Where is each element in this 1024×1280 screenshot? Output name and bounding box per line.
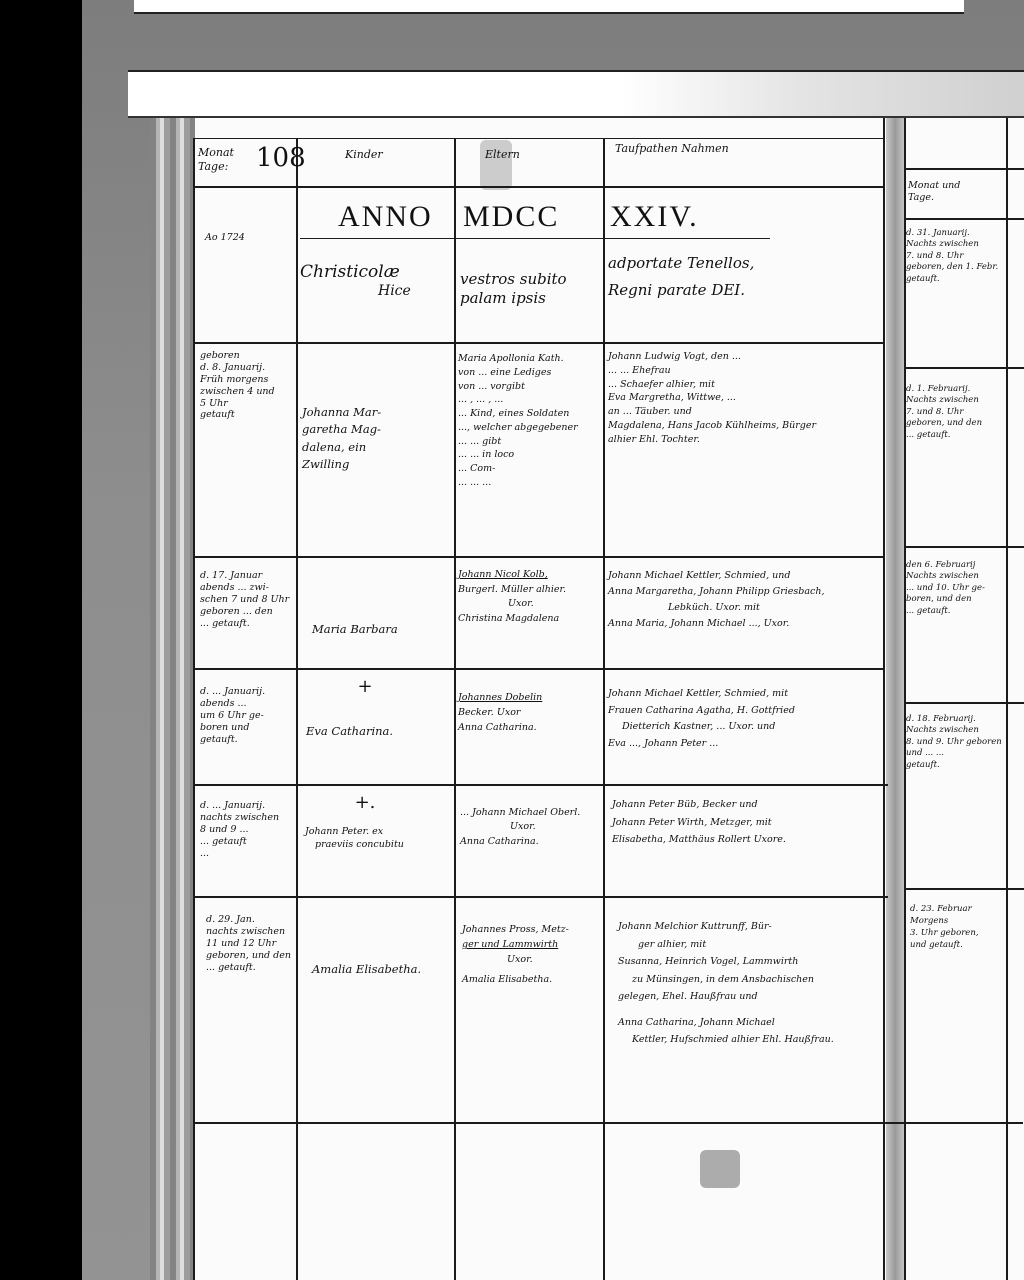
entry-1-child: Johanna Mar- garetha Mag- dalena, ein Zw…: [302, 404, 381, 473]
entry-1-date: geboren d. 8. Januarij. Früh morgens zwi…: [200, 350, 275, 421]
header-parents: Eltern: [485, 148, 520, 162]
facing-rule: [904, 367, 1024, 369]
entry-2-parents: Johann Nicol Kolb, Burgerl. Müller alhie…: [458, 568, 566, 627]
entry-1-godparents: Johann Ludwig Vogt, den ... ... ... Ehef…: [608, 350, 816, 446]
facing-header: Monat und Tage.: [908, 180, 960, 204]
page-number: 108: [256, 142, 306, 175]
header-godparents: Taufpathen Nahmen: [615, 142, 729, 156]
entry-4-child: Johann Peter. ex praeviis concubitu: [305, 826, 404, 852]
entry-5-child: Amalia Elisabetha.: [312, 962, 421, 976]
entry-4-parents: ... Johann Michael Oberl. Uxor. Anna Cat…: [460, 806, 580, 849]
col-rule: [603, 138, 605, 1280]
facing-entry-3: den 6. Februarij Nachts zwischen ... und…: [906, 560, 985, 617]
header-date: Monat Tage:: [198, 146, 258, 174]
facing-entry-1: d. 31. Januarij. Nachts zwischen 7. und …: [906, 228, 998, 285]
previous-page-strip: [134, 0, 964, 14]
entry-2-date: d. 17. Januar abends ... zwi- schen 7 un…: [200, 570, 289, 629]
col-rule: [883, 118, 885, 1280]
facing-rule: [904, 546, 1024, 548]
entry-3-child: Eva Catharina.: [306, 724, 393, 738]
entry-3-godparents: Johann Michael Kettler, Schmied, mit Fra…: [608, 686, 795, 753]
death-cross-icon: +.: [350, 792, 380, 815]
row-rule: [193, 1122, 1023, 1124]
facing-rule: [904, 702, 1024, 704]
anno-underline: [300, 238, 770, 239]
motto-parents: vestros subito palam ipsis: [460, 270, 567, 308]
year-note: Ao 1724: [205, 232, 245, 244]
motto-child: Christicolæ Hice: [300, 262, 411, 301]
facing-entry-5: d. 23. Februar Morgens 3. Uhr geboren, u…: [910, 904, 979, 952]
facing-rule: [904, 168, 1024, 170]
col-rule: [904, 118, 906, 1280]
facing-entry-2: d. 1. Februarij. Nachts zwischen 7. und …: [906, 384, 982, 441]
facing-entry-4: d. 18. Februarij. Nachts zwischen 8. und…: [906, 714, 1002, 771]
death-cross-icon: +: [350, 676, 380, 699]
entry-3-date: d. ... Januarij. abends ... um 6 Uhr ge-…: [200, 686, 265, 745]
entry-2-child: Maria Barbara: [312, 622, 398, 636]
book-gutter: [886, 118, 904, 1280]
col-rule: [193, 138, 195, 1280]
facing-rule: [904, 218, 1024, 220]
worn-page-edge: [150, 118, 195, 1280]
entry-5-parents: Johannes Pross, Metz- ger und Lammwirth …: [462, 922, 569, 987]
year-numeral-2: XXIV.: [610, 198, 699, 236]
entry-2-godparents: Johann Michael Kettler, Schmied, und Ann…: [608, 568, 825, 633]
facing-rule: [904, 888, 1024, 890]
col-rule: [454, 138, 456, 1280]
scan-border: [0, 0, 82, 1280]
entry-3-parents: Johannes Dobelin Becker. Uxor Anna Catha…: [458, 690, 542, 736]
entry-4-date: d. ... Januarij. nachts zwischen 8 und 9…: [200, 800, 279, 859]
motto-godparents: adportate Tenellos, Regni parate DEI.: [608, 254, 754, 300]
col-rule: [1006, 118, 1008, 1280]
entry-1-parents: Maria Apollonia Kath. von ... eine Ledig…: [458, 352, 578, 490]
year-numeral-1: MDCC: [463, 198, 559, 236]
entry-5-date: d. 29. Jan. nachts zwischen 11 und 12 Uh…: [206, 914, 291, 973]
anno-heading: ANNO: [338, 198, 433, 236]
entry-4-godparents: Johann Peter Büb, Becker und Johann Pete…: [612, 796, 786, 849]
film-label-strip: [128, 70, 1024, 118]
col-rule: [296, 138, 298, 1280]
ink-stain: [700, 1150, 740, 1188]
entry-5-godparents: Johann Melchior Kuttrunff, Bür- ger alhi…: [618, 918, 834, 1049]
header-child: Kinder: [345, 148, 383, 162]
